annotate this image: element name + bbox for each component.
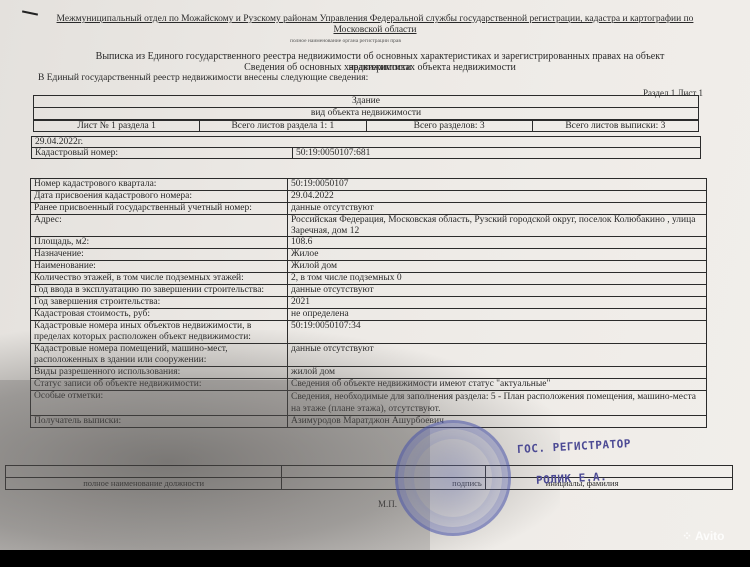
object-kind-table: Здание вид объекта недвижимости [33,95,699,120]
table-row: Номер кадастрового квартала:50:19:005010… [31,179,707,191]
row-value: 2021 [288,297,707,309]
official-seal-icon [395,420,511,536]
table-row: Год завершения строительства:2021 [31,297,707,309]
row-label: Особые отметки: [31,391,288,416]
total-sections: Всего разделов: 3 [366,121,532,132]
signature-table: полное наименование должности подпись ин… [5,465,733,490]
row-value: 2, в том числе подземных 0 [288,273,707,285]
extract-date: 29.04.2022г. [32,137,701,148]
table-row: Кадастровая стоимость, руб:не определена [31,309,707,321]
row-value: Сведения, необходимые для заполнения раз… [288,391,707,416]
table-row: Получатель выписки:Азимуродов Маратджон … [31,416,707,428]
watermark-text: Avito [695,529,725,543]
table-row: Наименование:Жилой дом [31,261,707,273]
row-value: Азимуродов Маратджон Ашурбоевич [288,416,707,428]
row-label: Кадастровые номера иных объектов недвижи… [31,321,288,344]
document-subtitle: Сведения об основных характеристиках объ… [80,62,680,73]
object-kind-caption: вид объекта недвижимости [34,108,699,120]
row-label: Номер кадастрового квартала: [31,179,288,191]
row-value: Сведения об объекте недвижимости имеют с… [288,379,707,391]
row-value: жилой дом [288,367,707,379]
table-row: Кадастровые номера помещений, машино-мес… [31,344,707,367]
cadastral-number-value: 50:19:0050107:681 [293,148,701,159]
table-row: Год ввода в эксплуатацию по завершении с… [31,285,707,297]
row-value: 50:19:0050107:34 [288,321,707,344]
row-label: Наименование: [31,261,288,273]
table-row: Количество этажей, в том числе подземных… [31,273,707,285]
registrar-title-stamp: ГОС. РЕГИСТРАТОР [517,437,631,456]
date-cadastral-table: 29.04.2022г. Кадастровый номер: 50:19:00… [31,136,701,159]
row-label: Статус записи об объекте недвижимости: [31,379,288,391]
row-value: не определена [288,309,707,321]
row-label: Площадь, м2: [31,237,288,249]
row-label: Количество этажей, в том числе подземных… [31,273,288,285]
table-row: Виды разрешенного использования:жилой до… [31,367,707,379]
table-row: Ранее присвоенный государственный учетны… [31,203,707,215]
sheets-table: Лист № 1 раздела 1 Всего листов раздела … [33,120,699,132]
row-value: Жилое [288,249,707,261]
row-label: Дата присвоения кадастрового номера: [31,191,288,203]
pen-mark [22,10,38,15]
position-field [6,466,282,478]
row-value: Жилой дом [288,261,707,273]
cadastral-number-label: Кадастровый номер: [32,148,293,159]
seal-place-caption: М.П. [378,499,397,509]
row-label: Адрес: [31,215,288,237]
total-sheets-extract: Всего листов выписки: 3 [532,121,698,132]
total-sheets-section: Всего листов раздела 1: 1 [200,121,366,132]
avito-logo-icon: ⁘ [682,529,692,543]
row-value: 50:19:0050107 [288,179,707,191]
position-caption: полное наименование должности [6,478,282,490]
name-caption: инициалы, фамилия [485,478,732,490]
row-value: данные отсутствуют [288,344,707,367]
table-row: Особые отметки:Сведения, необходимые для… [31,391,707,416]
row-value: данные отсутствуют [288,203,707,215]
organization-caption: полное наименование органа регистрации п… [290,38,401,44]
table-row: Дата присвоения кадастрового номера:29.0… [31,191,707,203]
row-value: данные отсутствуют [288,285,707,297]
row-label: Ранее присвоенный государственный учетны… [31,203,288,215]
table-row: Статус записи об объекте недвижимости:Св… [31,379,707,391]
intro-text: В Единый государственный реестр недвижим… [38,73,368,83]
row-label: Год завершения строительства: [31,297,288,309]
table-row: Назначение:Жилое [31,249,707,261]
row-label: Назначение: [31,249,288,261]
object-kind-value: Здание [34,96,699,108]
avito-watermark: ⁘ Avito [682,529,725,543]
row-label: Виды разрешенного использования: [31,367,288,379]
table-row: Адрес:Российская Федерация, Московская о… [31,215,707,237]
row-value: 108.6 [288,237,707,249]
name-field [485,466,732,478]
row-label: Кадастровая стоимость, руб: [31,309,288,321]
row-label: Получатель выписки: [31,416,288,428]
characteristics-table: Номер кадастрового квартала:50:19:005010… [30,178,707,428]
row-label: Кадастровые номера помещений, машино-мес… [31,344,288,367]
table-row: Площадь, м2:108.6 [31,237,707,249]
row-label: Год ввода в эксплуатацию по завершении с… [31,285,288,297]
sheet-number: Лист № 1 раздела 1 [34,121,200,132]
table-row: Кадастровые номера иных объектов недвижи… [31,321,707,344]
row-value: 29.04.2022 [288,191,707,203]
organization-name: Межмуниципальный отдел по Можайскому и Р… [50,14,700,36]
row-value: Российская Федерация, Московская область… [288,215,707,237]
document-page: Межмуниципальный отдел по Можайскому и Р… [0,0,750,550]
